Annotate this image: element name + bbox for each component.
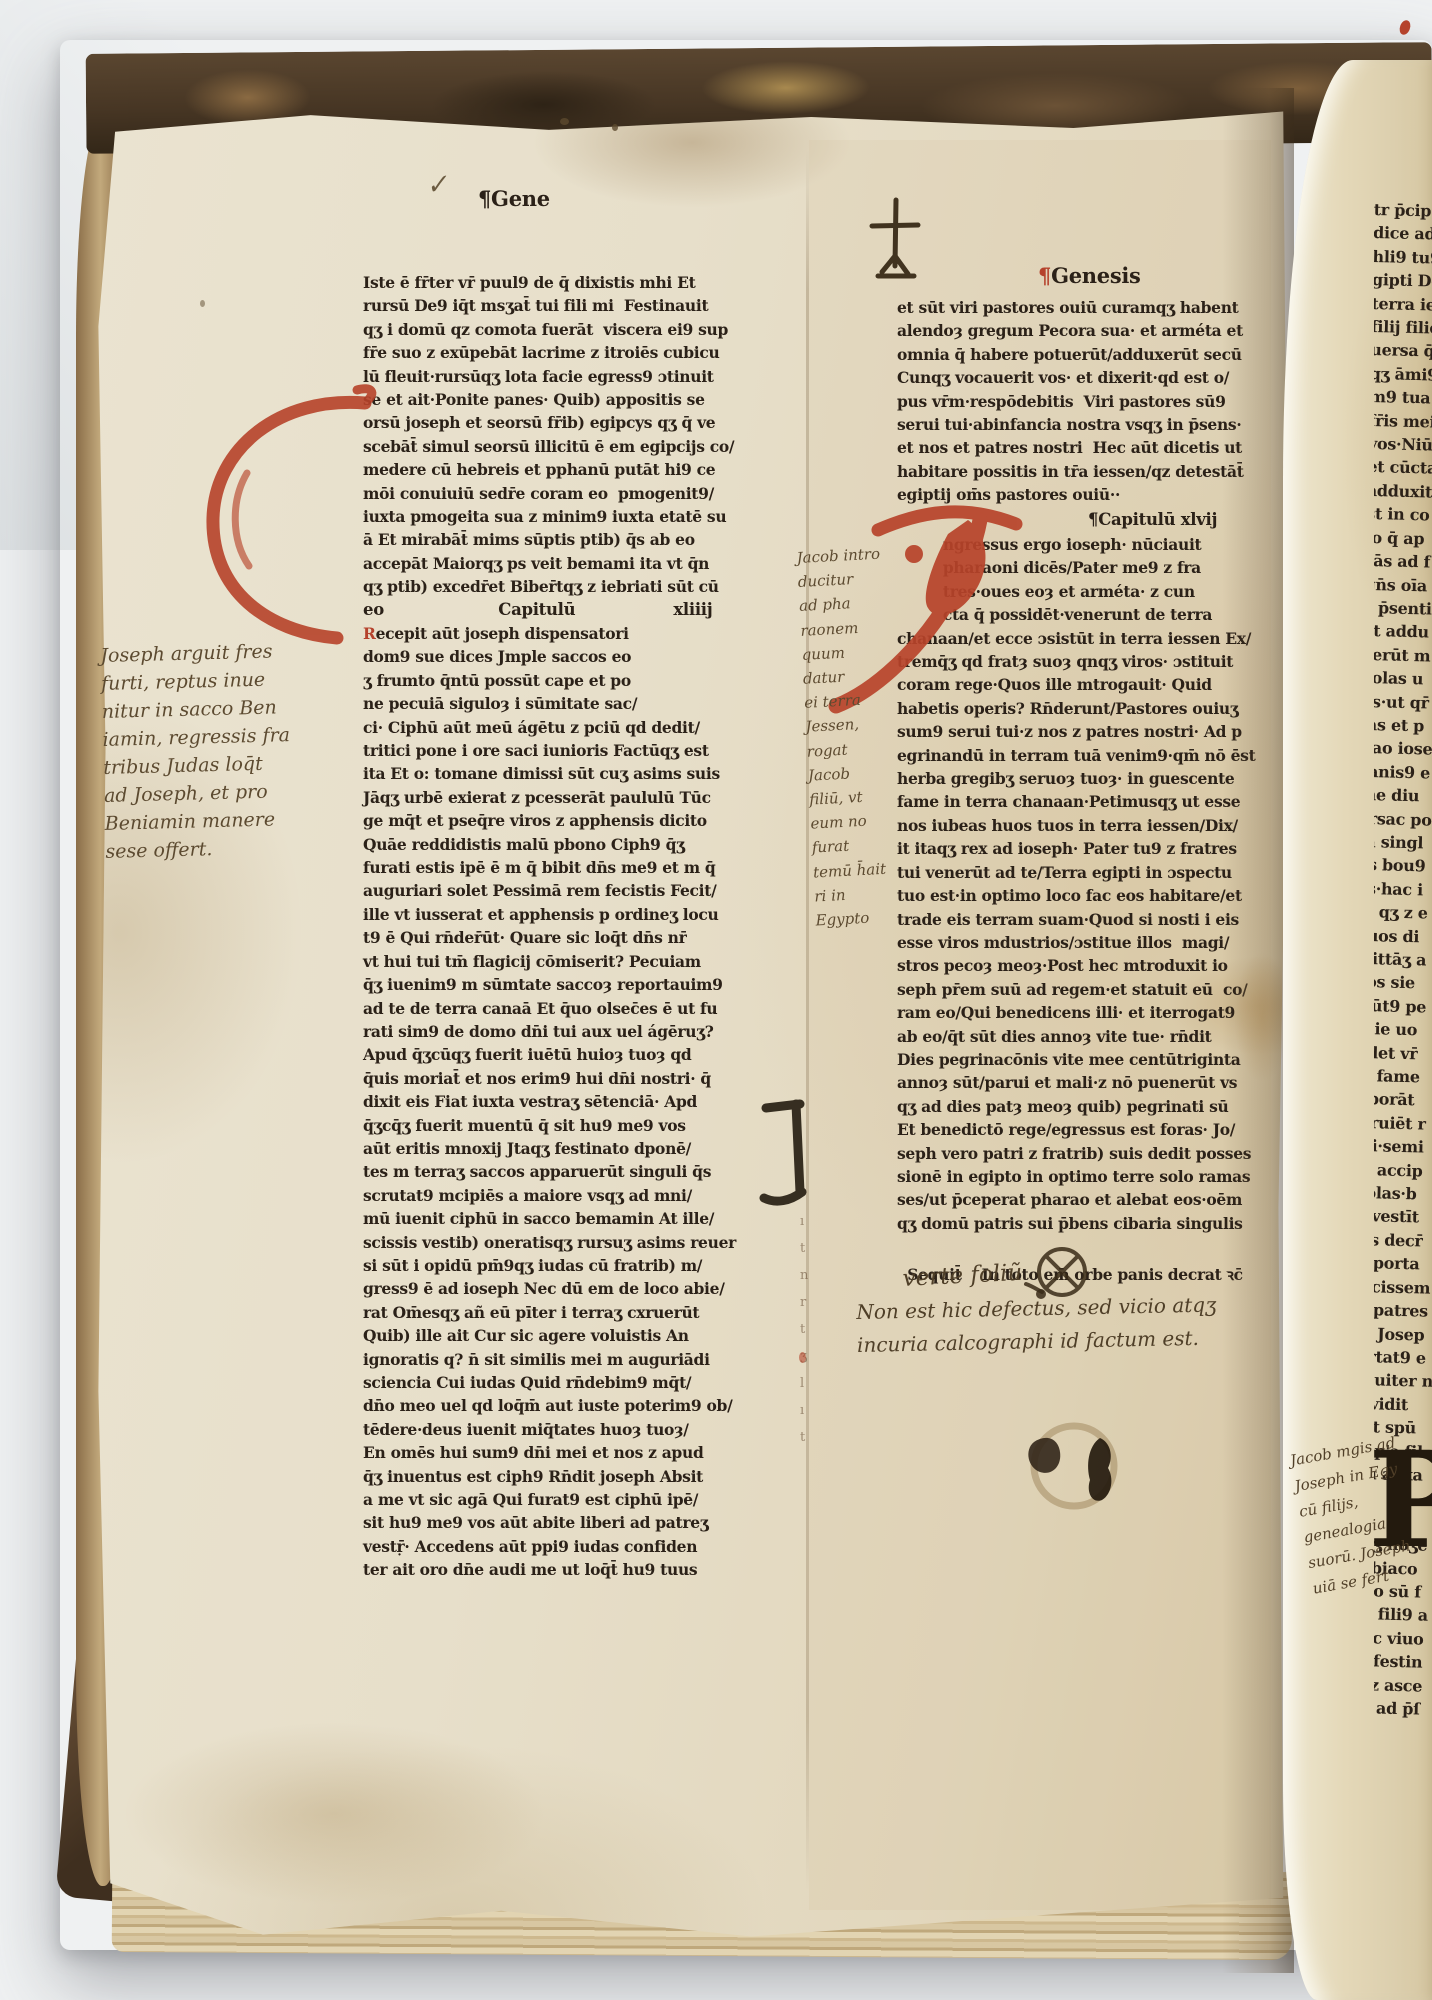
chapter-44-heading: eo Capitulū xliiij — [363, 598, 712, 621]
ink-speck — [612, 124, 618, 131]
cross-mark-icon — [858, 192, 934, 288]
red-initial-flourish-icon — [185, 378, 395, 678]
left-margin-note: Joseph arguit fres furti, reptus inue ni… — [100, 637, 293, 866]
red-showthrough-fleck — [799, 1352, 806, 1363]
handwritten-checkmark: ✓ — [424, 169, 450, 202]
red-stain — [1398, 19, 1413, 37]
showthrough-bracket-icon — [756, 1098, 820, 1210]
pilcrow-icon: ¶ — [1038, 263, 1051, 288]
page-fold-crease — [806, 150, 809, 1890]
genesis-title: Genesis — [1051, 263, 1140, 288]
ink-speck — [200, 300, 205, 307]
running-title-left: ¶Gene — [478, 186, 550, 211]
showthrough-text-chain: ı t n r t ʒ l ı t — [800, 1208, 808, 1451]
ink-speck — [560, 118, 569, 125]
left-column-text-part1: Iste ē fr̄ter vr̄ puul9 de q̄ dixistis m… — [363, 271, 734, 599]
running-title-genesis: ¶Genesis — [1024, 238, 1141, 288]
chapter-47-heading: ¶Capitulū xlvij — [1088, 508, 1217, 531]
ink-blot-stain — [1012, 1412, 1138, 1524]
right-column-text-part1: et sūt viri pastores ouiū curamqʒ habent… — [897, 296, 1244, 507]
left-column-text-part2: Recepit aūt joseph dispensatori dom9 sue… — [363, 622, 736, 1582]
defectus-note: Non est hic defectus, sed vicio atqʒ inc… — [856, 1288, 1217, 1362]
